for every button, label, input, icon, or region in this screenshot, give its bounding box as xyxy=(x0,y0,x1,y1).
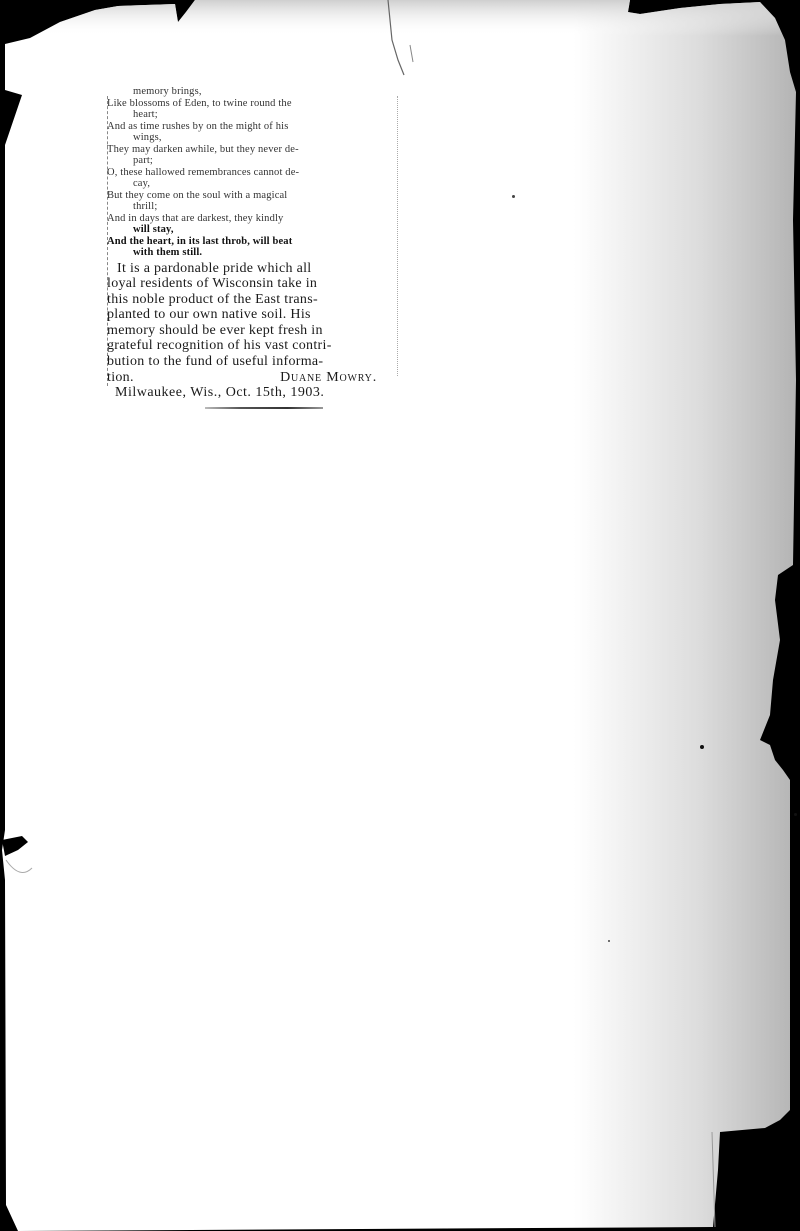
prose-line: memory should be ever kept fresh in xyxy=(107,323,397,339)
speck xyxy=(608,940,610,942)
prose-line: bution to the fund of useful informa- xyxy=(107,354,397,370)
scanned-page: memory brings,Like blossoms of Eden, to … xyxy=(0,0,800,1231)
end-rule xyxy=(205,407,323,409)
prose-line: It is a pardonable pride which all xyxy=(107,261,397,277)
prose-line: grateful recognition of his vast contri- xyxy=(107,338,397,354)
poem-line: heart; xyxy=(107,109,397,121)
poem-line: cay, xyxy=(107,178,397,190)
closing-word: tion. xyxy=(107,370,134,386)
poem-line: O, these hallowed remembrances cannot de… xyxy=(107,167,397,179)
author-signature: Duane Mowry. xyxy=(280,370,377,386)
speck xyxy=(700,745,704,749)
poem-line: And as time rushes by on the might of hi… xyxy=(107,121,397,133)
poem-line: part; xyxy=(107,155,397,167)
poem-line: Like blossoms of Eden, to twine round th… xyxy=(107,98,397,110)
speck xyxy=(794,813,797,816)
poem-line: will stay, xyxy=(107,224,397,236)
poem-line: with them still. xyxy=(107,247,397,259)
poem-line: thrill; xyxy=(107,201,397,213)
prose-line: planted to our own native soil. His xyxy=(107,307,397,323)
prose-line: this noble product of the East trans- xyxy=(107,292,397,308)
signature-line: tion. Duane Mowry. xyxy=(107,370,397,386)
prose-line: loyal residents of Wisconsin take in xyxy=(107,276,397,292)
poem-line: And the heart, in its last throb, will b… xyxy=(107,236,397,248)
poem-stanza: memory brings,Like blossoms of Eden, to … xyxy=(107,86,397,259)
dateline: Milwaukee, Wis., Oct. 15th, 1903. xyxy=(107,385,397,401)
poem-line: memory brings, xyxy=(107,86,397,98)
poem-line: But they come on the soul with a magical xyxy=(107,190,397,202)
poem-line: wings, xyxy=(107,132,397,144)
clipping-edge-right xyxy=(397,96,399,376)
newspaper-clipping: memory brings,Like blossoms of Eden, to … xyxy=(107,86,397,409)
poem-line: And in days that are darkest, they kindl… xyxy=(107,213,397,225)
poem-line: They may darken awhile, but they never d… xyxy=(107,144,397,156)
closing-paragraph: It is a pardonable pride which all loyal… xyxy=(107,261,397,401)
speck xyxy=(512,195,515,198)
